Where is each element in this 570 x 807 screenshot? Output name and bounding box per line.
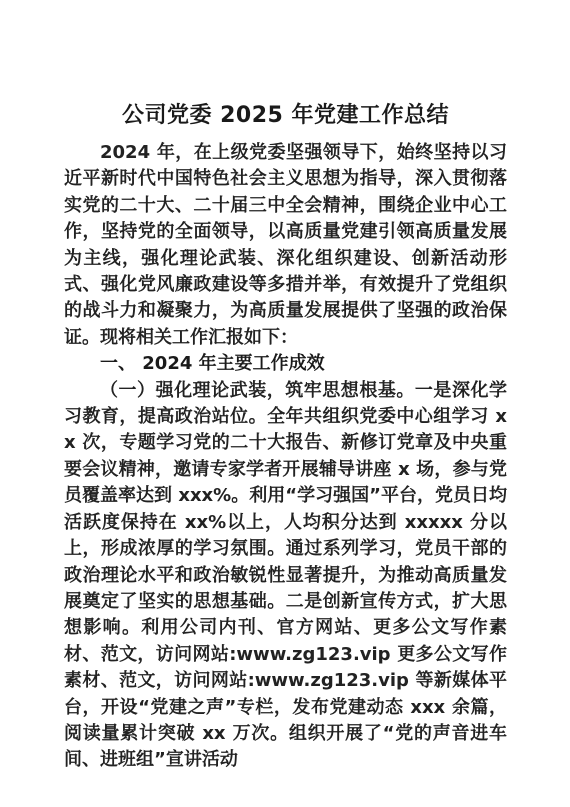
document-page: 公司党委 2025 年党建工作总结 2024 年，在上级党委坚强领导下，始终坚持… — [0, 0, 570, 807]
paragraph-section-1: （一）强化理论武装，筑牢思想根基。一是深化学习教育，提高政治站位。全年共组织党委… — [64, 378, 507, 774]
paragraph-intro: 2024 年，在上级党委坚强领导下，始终坚持以习近平新时代中国特色社会主义思想为… — [64, 140, 507, 351]
document-content: 公司党委 2025 年党建工作总结 2024 年，在上级党委坚强领导下，始终坚持… — [64, 101, 507, 774]
section-heading-1: 一、 2024 年主要工作成效 — [64, 351, 507, 377]
document-title: 公司党委 2025 年党建工作总结 — [64, 101, 507, 131]
